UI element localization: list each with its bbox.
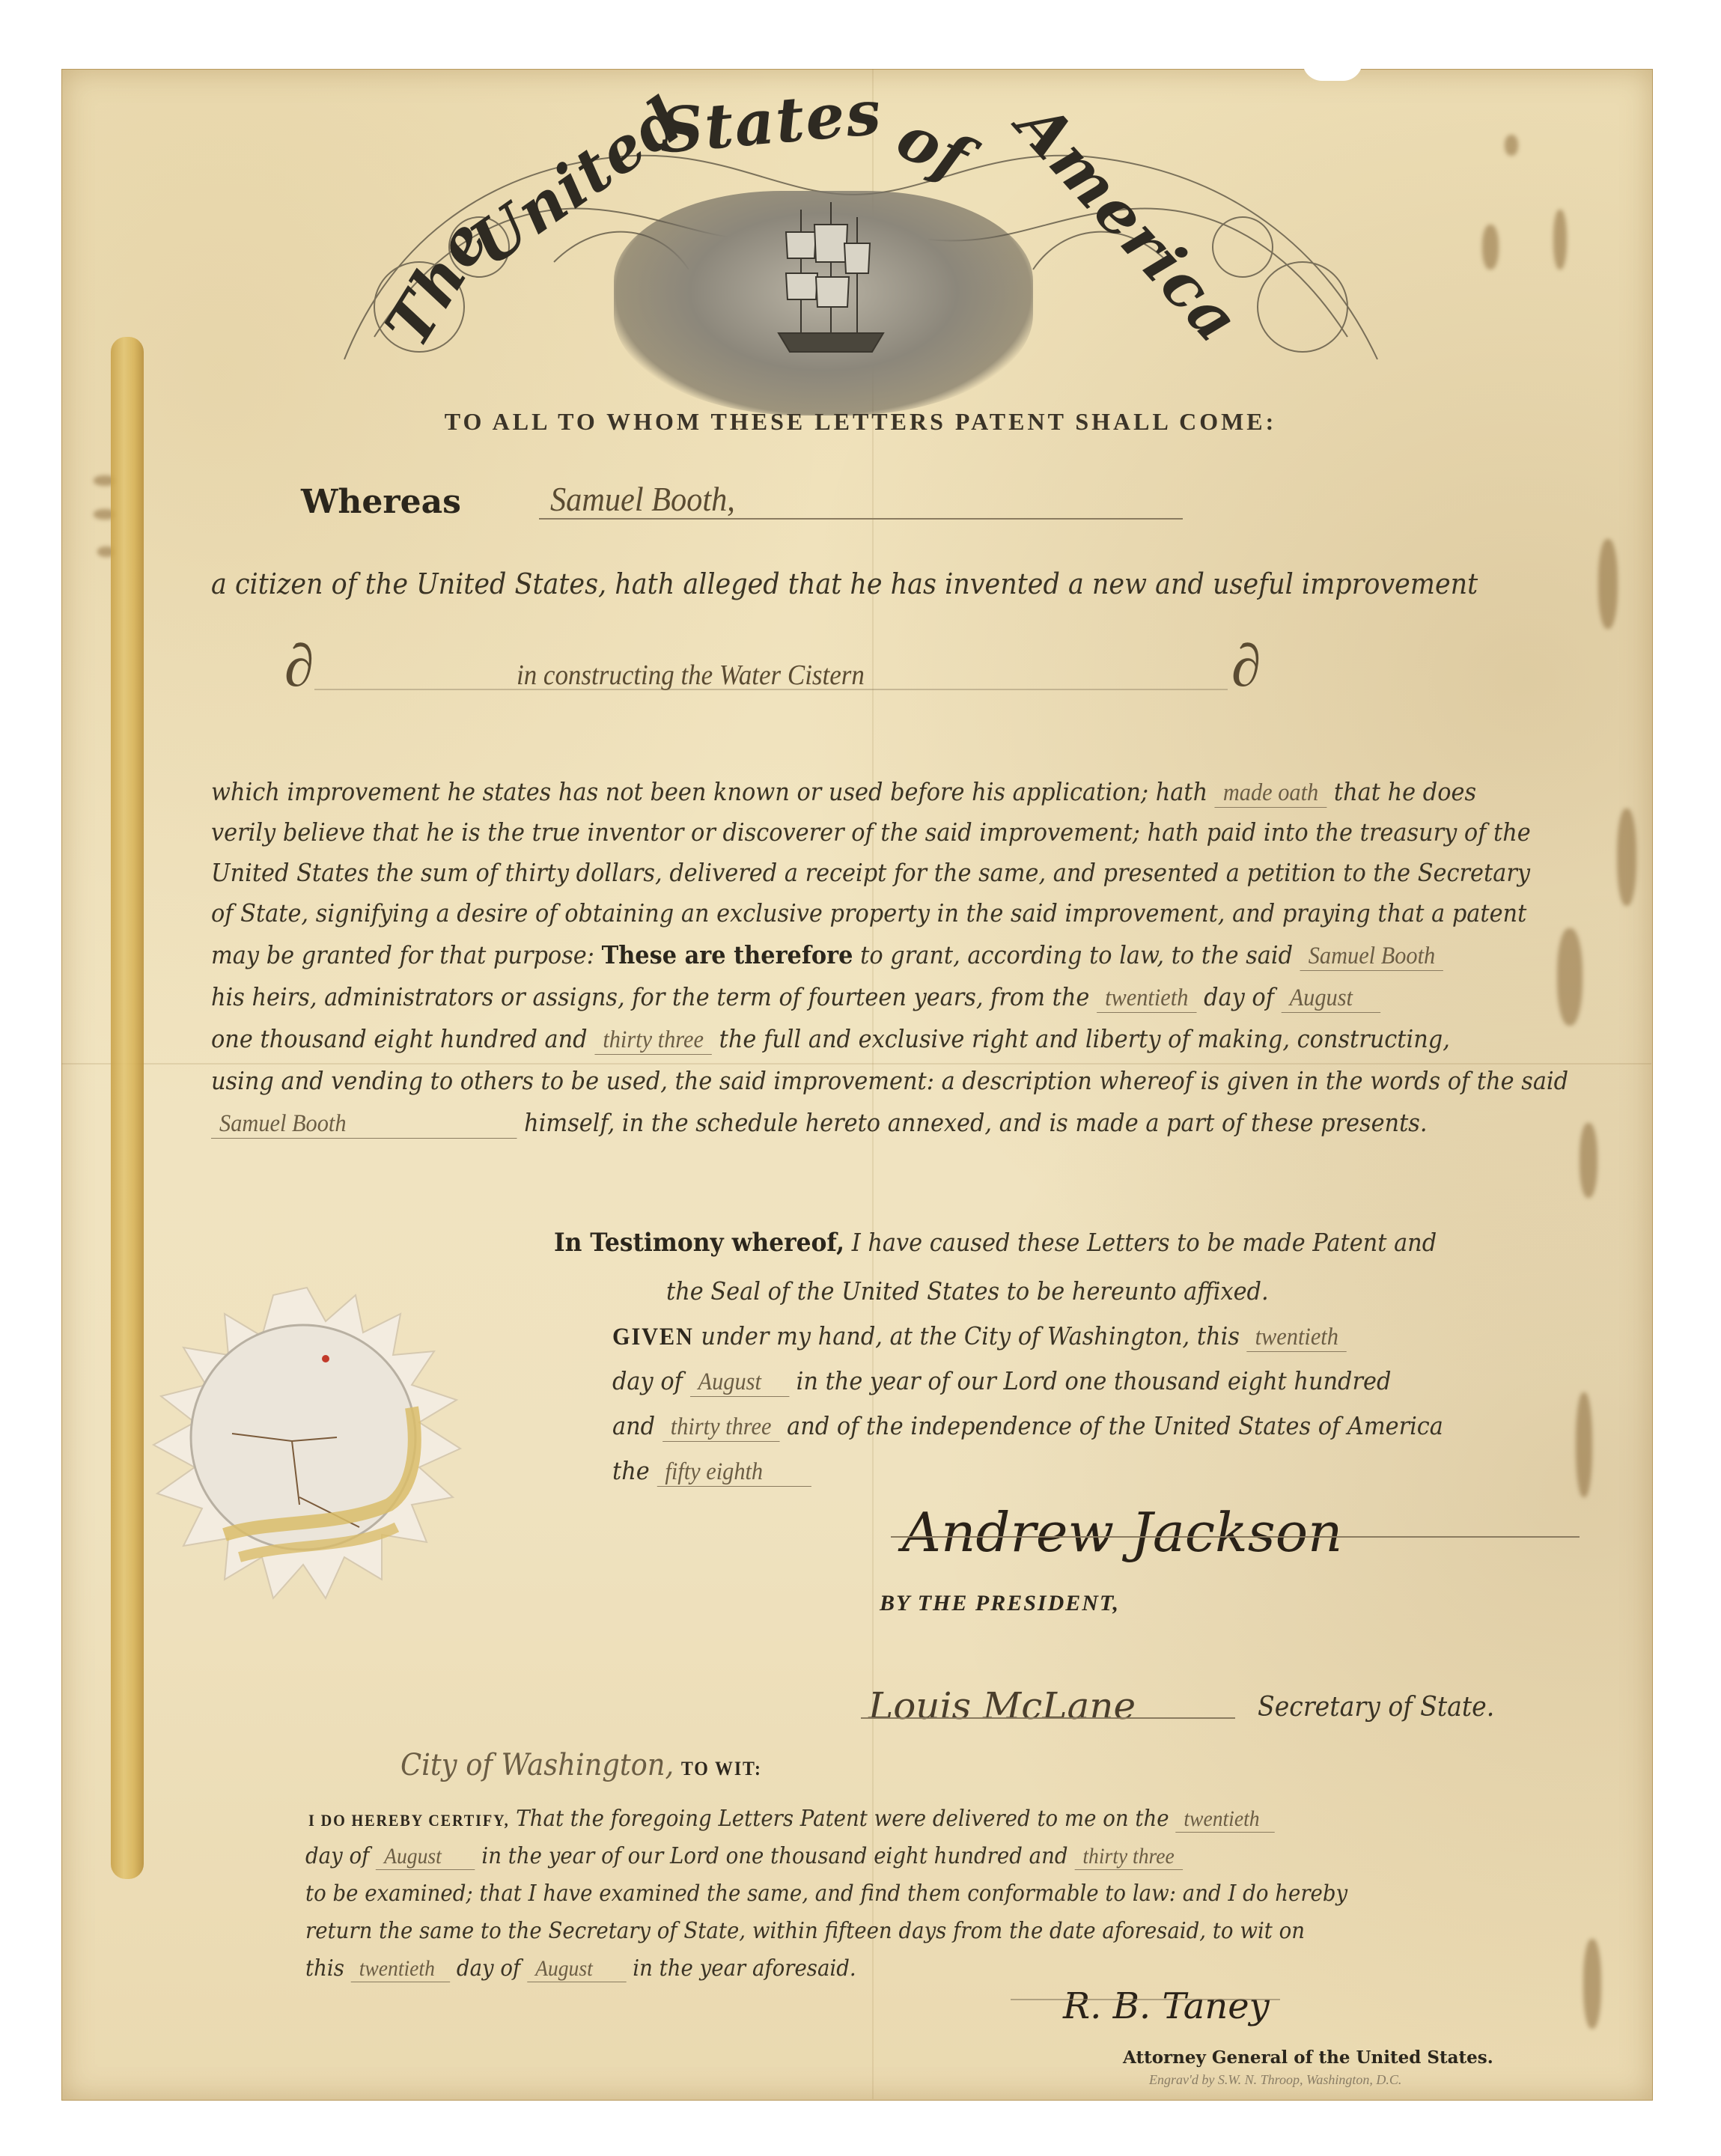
- term-day-field: twentieth: [1097, 984, 1196, 1013]
- body-text: of State, signifying a desire of obtaini…: [211, 898, 1526, 928]
- certification-text: in the year of our Lord one thousand eig…: [481, 1843, 1067, 1869]
- secretary-signature-line: [861, 1717, 1235, 1719]
- preamble-line: a citizen of the United States, hath all…: [211, 567, 1478, 600]
- given-label: GIVEN: [612, 1324, 694, 1350]
- delivered-day-field: twentieth: [1175, 1806, 1274, 1833]
- testimony-text: under my hand, at the City of Washington…: [701, 1321, 1240, 1350]
- stain: [1557, 928, 1583, 1026]
- certification-text: day of: [457, 1955, 520, 1982]
- body-text: United States the sum of thirty dollars,…: [211, 858, 1530, 887]
- brace-left: ∂: [284, 633, 314, 701]
- return-day-field: twentieth: [351, 1956, 450, 1982]
- certification-line-5: this twentieth day of August in the year…: [305, 1955, 856, 1982]
- attorney-signature-line: [1011, 1999, 1280, 2000]
- stain: [1617, 808, 1636, 906]
- stain: [1580, 1123, 1597, 1198]
- body-line-4: of State, signifying a desire of obtaini…: [211, 898, 1526, 928]
- stain: [1576, 1392, 1592, 1497]
- testimony-line-1: In Testimony whereof, I have caused thes…: [554, 1228, 1437, 1258]
- body-text: using and vending to others to be used, …: [211, 1066, 1568, 1095]
- invention-underline: [314, 689, 1228, 690]
- fold-crease-horizontal: [61, 1063, 1651, 1065]
- body-line-3: United States the sum of thirty dollars,…: [211, 858, 1530, 887]
- body-line-6: his heirs, administrators or assigns, fo…: [211, 982, 1380, 1013]
- stain: [1482, 225, 1499, 269]
- paper-wafer-seal: [142, 1280, 472, 1610]
- certification-text: in the year aforesaid.: [633, 1955, 856, 1982]
- testimony-heading: In Testimony whereof,: [554, 1228, 844, 1258]
- engraver-credit: Engrav'd by S.W. N. Throop, Washington, …: [1149, 2072, 1401, 2088]
- given-month-field: August: [690, 1368, 789, 1397]
- body-text: his heirs, administrators or assigns, fo…: [211, 982, 1089, 1011]
- testimony-line-5: and thirty three and of the independence…: [612, 1411, 1443, 1442]
- silk-ribbon: [111, 337, 144, 1879]
- testimony-text: day of: [612, 1366, 683, 1395]
- given-day-field: twentieth: [1247, 1324, 1347, 1352]
- whereas-label: Whereas: [301, 483, 461, 521]
- testimony-text: in the year of our Lord one thousand eig…: [796, 1366, 1392, 1395]
- certification-text: to be examined; that I have examined the…: [305, 1881, 1347, 1907]
- these-are-therefore: These are therefore: [602, 940, 853, 969]
- by-the-president-label: BY THE PRESIDENT,: [880, 1591, 1120, 1616]
- inventor-name-underline: [539, 518, 1183, 520]
- stain: [1598, 539, 1618, 629]
- body-text: one thousand eight hundred and: [211, 1024, 588, 1053]
- oath-field: made oath: [1215, 779, 1326, 808]
- body-text: that he does: [1334, 777, 1476, 806]
- attorney-signature: R. B. Taney: [1063, 1985, 1270, 2027]
- certification-line-3: to be examined; that I have examined the…: [305, 1881, 1347, 1907]
- body-text: day of: [1204, 982, 1274, 1011]
- stain: [1553, 210, 1567, 269]
- body-text: the full and exclusive right and liberty…: [719, 1024, 1450, 1053]
- brace-right: ∂: [1231, 633, 1261, 701]
- inventor-name-field: Samuel Booth,: [550, 479, 735, 519]
- president-signature-line: [891, 1536, 1580, 1538]
- term-year-field: thirty three: [594, 1026, 712, 1055]
- body-line-5: may be granted for that purpose: These a…: [211, 940, 1443, 971]
- certification-text: day of: [305, 1843, 369, 1869]
- testimony-line-3: GIVEN under my hand, at the City of Wash…: [612, 1321, 1347, 1352]
- certification-line-1: I DO HEREBY CERTIFY, That the foregoing …: [308, 1806, 1275, 1833]
- president-signature: Andrew Jackson: [902, 1501, 1342, 1564]
- return-month-field: August: [527, 1956, 626, 1982]
- salutation-heading: TO ALL TO WHOM THESE LETTERS PATENT SHAL…: [0, 408, 1721, 436]
- grantee-name-field: Samuel Booth: [1300, 943, 1444, 971]
- independence-year-field: fifty eighth: [657, 1458, 811, 1487]
- testimony-line-6: the fifty eighth: [612, 1456, 811, 1487]
- testimony-text: the Seal of the United States to be here…: [666, 1276, 1269, 1306]
- body-line-9: Samuel Booth himself, in the schedule he…: [211, 1108, 1428, 1139]
- attorney-title: Attorney General of the United States.: [1123, 2047, 1493, 2068]
- testimony-line-4: day of August in the year of our Lord on…: [612, 1366, 1391, 1397]
- sailing-ship-icon: [771, 202, 891, 359]
- delivered-month-field: August: [376, 1844, 475, 1870]
- invention-title-field: in constructing the Water Cistern: [517, 659, 865, 692]
- body-text: verily believe that he is the true inven…: [211, 817, 1531, 847]
- body-line-1: which improvement he states has not been…: [211, 777, 1476, 808]
- certification-place: City of Washington,: [400, 1748, 674, 1782]
- secretary-title: Secretary of State.: [1258, 1692, 1494, 1723]
- stain: [1505, 135, 1518, 156]
- body-line-8: using and vending to others to be used, …: [211, 1066, 1568, 1095]
- certification-line-2: day of August in the year of our Lord on…: [305, 1843, 1183, 1870]
- certification-text: That the foregoing Letters Patent were d…: [516, 1806, 1169, 1832]
- stain: [1583, 1939, 1601, 2029]
- delivered-year-field: thirty three: [1074, 1844, 1182, 1870]
- given-year-field: thirty three: [662, 1413, 780, 1442]
- body-line-2: verily believe that he is the true inven…: [211, 817, 1531, 847]
- certification-text: return the same to the Secretary of Stat…: [305, 1918, 1305, 1944]
- description-author-field: Samuel Booth: [211, 1110, 517, 1139]
- secretary-signature: Louis McLane: [868, 1684, 1136, 1728]
- body-text: to grant, according to law, to the said: [860, 940, 1293, 969]
- certify-label: I DO HEREBY CERTIFY,: [308, 1811, 510, 1830]
- body-text: may be granted for that purpose:: [211, 940, 594, 969]
- testimony-line-2: the Seal of the United States to be here…: [666, 1276, 1269, 1306]
- testimony-text: the: [612, 1456, 650, 1485]
- body-text: himself, in the schedule hereto annexed,…: [524, 1108, 1427, 1137]
- testimony-text: and: [612, 1411, 655, 1440]
- testimony-text: and of the independence of the United St…: [787, 1411, 1443, 1440]
- certification-line-0: City of Washington, TO WIT:: [400, 1748, 762, 1782]
- body-line-7: one thousand eight hundred and thirty th…: [211, 1024, 1450, 1055]
- certification-line-4: return the same to the Secretary of Stat…: [305, 1918, 1305, 1944]
- to-wit-label: TO WIT:: [681, 1758, 762, 1779]
- testimony-text: I have caused these Letters to be made P…: [852, 1228, 1437, 1257]
- certification-text: this: [305, 1955, 344, 1982]
- term-month-field: August: [1282, 984, 1380, 1013]
- body-text: which improvement he states has not been…: [211, 777, 1207, 806]
